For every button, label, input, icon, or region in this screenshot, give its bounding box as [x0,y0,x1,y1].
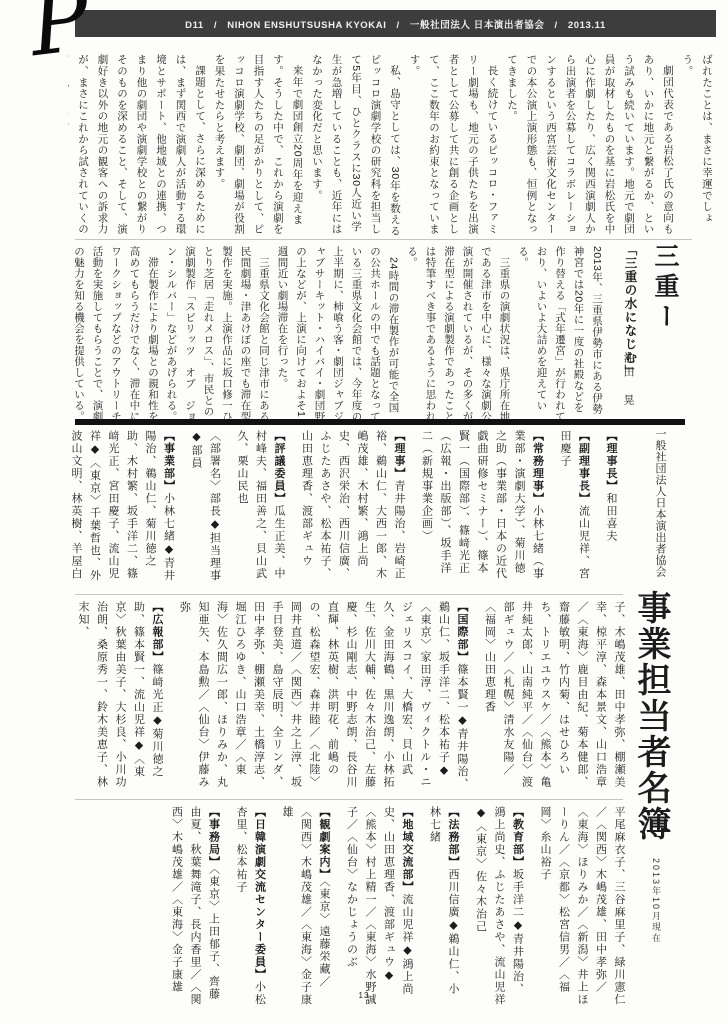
role-label: 【教育部】 [512,806,524,869]
names-text: 平尾麻衣子、三谷麻里子、緑川憲仁／〈関西〉木嶋茂雄、田中孝弥／〈東海〉ほりみか／… [539,806,625,1006]
roster-band-3: 平尾麻衣子、三谷麻里子、緑川憲仁／〈関西〉木嶋茂雄、田中孝弥／〈東海〉ほりみか／… [70,806,628,1007]
lead-paragraph: 私、島守としては、30年を数えるピッコロ演劇学校の研究科を担当して5年目、ひとク… [307,54,405,237]
roster-entry: 【国際部】篠本賢一◆青井陽治、鵜山仁、坂手洋二、松本祐子◆〈東京〉家田淳、ヴィク… [175,601,471,794]
role-label: 【副理事長】 [578,430,590,505]
roster-entry: 【事務局】〈東京〉上田郁子、齊藤由夏、秋葉舞滝子、長内香里／〈関西〉木嶋茂雄／〈… [167,806,223,1007]
names-text: 青井陽治、岩崎正裕、鵜山仁、大西一郎、木嶋茂雄、木村繁、鴻上尚史、西沢栄治、西川… [301,430,406,580]
mie-author: 油田 晃 [620,352,636,408]
role-label: 【法務部】 [447,806,459,869]
roster-entry: 子、木嶋茂雄、田中孝弥、棚瀬美幸、椋平淳、森本景文、山口浩章／〈東海〉鹿目由紀、… [480,601,628,794]
roster-entry: 平尾麻衣子、三谷麻里子、緑川憲仁／〈関西〉木嶋茂雄、田中孝弥／〈東海〉ほりみか／… [536,806,629,1007]
lead-paragraph: 課題として、さらに深めるためには、まず関西で演劇人が活動する環境とサポート、他地… [68,54,209,237]
magazine-page: P D11 / NIHON ENSHUTSUSHA KYOKAI / 一般社団法… [0,0,728,1024]
role-label: 【観劇案内】 [318,806,330,881]
roster-entry: 【地域交流部】流山児祥◆鴻上尚史、山田恵理香、渡部ギュウ◆〈熊本〉村上精一／〈東… [342,806,416,1007]
names-text: 子、木嶋茂雄、田中孝弥、棚瀬美幸、椋平淳、森本景文、山口浩章／〈東海〉鹿目由紀、… [484,601,626,789]
role-label: 【事業部】 [163,430,175,493]
roster-entry: 【常務理事】小林七緒（事業部・演劇大学）、菊川徳之助（事業部・日本の近代戯曲研修… [417,430,547,586]
roster-title: 事業担当者名簿 [626,590,675,842]
lead-paragraph: 来年で劇団創立20周年を迎えます。そうした中で、これから演劇を目指す人たちの足が… [209,54,307,237]
mie-paragraph: 24時間の滞在製作が可能で全国の公共ホールの中でも話題となっている三重県文化会館… [273,246,403,423]
role-label: 【常務理事】 [532,430,544,505]
roster-entry: 【評議委員】瓜生正美、中村峰夫、福田善之、貝山武久、栗山民也 [233,430,289,586]
roster-band-1: 【理事長】和田喜夫 【副理事長】流山児祥、宮田慶子 【常務理事】小林七緒（事業部… [70,430,620,586]
lead-paragraph: 劇団代表である岩松了氏の意向もあり、いかに地元と繋がるか、という試みも続いていま… [502,54,678,237]
mie-section-title: 三重ー [647,243,683,333]
roster-top-bar [75,419,685,425]
roster-entry: 【日韓演劇交流センター委員】小松杏里、松本祐子 [232,806,269,1007]
roster-legend: 〈部署名〉部長◆担当理事◆部員 [187,430,224,586]
role-label: 【事務局】 [208,806,220,869]
lead-article: ばれたことは、まさに幸運でしょう。 劇団代表である岩松了氏の意向もあり、いかに地… [68,54,716,237]
band-divider [75,799,623,800]
role-label: 【理事長】 [605,430,617,493]
role-label: 【国際部】 [456,601,468,664]
role-label: 【広報部】 [151,601,163,664]
role-label: 【理事】 [393,430,405,480]
roster-band-2: 子、木嶋茂雄、田中孝弥、棚瀬美幸、椋平淳、森本景文、山口浩章／〈東海〉鹿目由紀、… [70,601,628,794]
lead-paragraph: 長く続けているピッコロ・ファミリー劇場も、地元の子供たちを出演者として公募して共… [404,54,502,237]
names-text: 和田喜夫 [605,493,617,543]
mie-paragraph: 三重県文化会館と同じ津市にある民間劇場・津あけぼの座でも滞在型製作を実施。上演作… [162,246,273,423]
publisher-logo-p: P [25,0,95,69]
lead-paragraph: ばれたことは、まさに幸運でしょう。 [677,54,716,237]
header-bar: D11 / NIHON ENSHUTSUSHA KYOKAI / 一般社団法人 … [75,10,716,37]
roster-org-name: 一般社団法人日本演出者協会 [652,428,668,578]
names-text: 小林七緒◆青井陽治、鵜山仁、菊川徳之助、木村繁、坂手洋二、篠﨑光正、宮田慶子、流… [70,430,175,582]
roster-as-of-date: 2013年10月現在 [650,858,663,944]
names-text: 篠本賢一◆青井陽治、鵜山仁、坂手洋二、松本祐子◆〈東京〉家田淳、ヴィクトル・ニジ… [179,601,469,791]
roster-entry: 【理事長】和田喜夫 [602,430,621,586]
roster-entry: 【広報部】篠﨑光正◆菊川徳之助、篠本賢一、流山児祥◆〈東京〉秋葉由美子、大杉良、… [74,601,167,794]
roster-entry: 【教育部】坂手洋二◆青井陽治、鴻上尚史、ふじたあさや、流山児祥◆〈東京〉佐々木治… [471,806,527,1007]
mie-paragraph: 滞在製作により劇場との親和性を高めてもらうだけでなく、滞在中にワークショップなど… [75,246,162,423]
section-divider [75,239,692,240]
names-text: 小林七緒（事業部・演劇大学）、菊川徳之助（事業部・日本の近代戯曲研修セミナー）、… [421,430,544,580]
names-text: 〈部署名〉部長◆担当理事◆部員 [190,430,221,582]
role-label: 【評議委員】 [273,430,285,505]
roster-entry: 【法務部】西川信廣◆鵜山仁、小林七緒 [425,806,462,1007]
mie-article-body: 2013年、三重県伊勢市にある伊勢神宮では20年に一度の社殿などを作り替える「式… [75,246,606,423]
role-label: 【地域交流部】 [401,806,413,894]
role-label: 【日韓演劇交流センター委員】 [254,806,266,981]
mie-paragraph: 三重県の演劇状況は、県庁所在地である津市を中心に、様々な演劇公演が開催されている… [403,246,514,423]
roster-entry: 【観劇案内】〈東京〉遠藤栄藏／〈関西〉木嶋茂雄／〈東海〉金子康雄 [278,806,334,1007]
page-number: 13 [0,991,728,1000]
mie-paragraph: 2013年、三重県伊勢市にある伊勢神宮では20年に一度の社殿などを作り替える「式… [514,246,607,423]
roster-entry: 【副理事長】流山児祥、宮田慶子 [556,430,593,586]
header-bar-text: D11 / NIHON ENSHUTSUSHA KYOKAI / 一般社団法人 … [185,17,606,31]
roster-entry: 【事業部】小林七緒◆青井陽治、鵜山仁、菊川徳之助、木村繁、坂手洋二、篠﨑光正、宮… [70,430,178,586]
roster-entry: 【理事】青井陽治、岩崎正裕、鵜山仁、大西一郎、木嶋茂雄、木村繁、鴻上尚史、西沢栄… [297,430,408,586]
band-divider [75,594,623,595]
